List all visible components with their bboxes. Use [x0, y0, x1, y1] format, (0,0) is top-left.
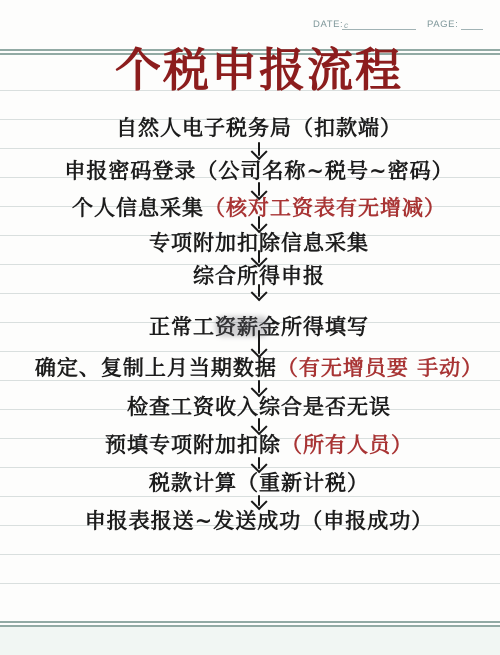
- flow-step-text: 自然人电子税务局（扣款端）: [116, 115, 402, 140]
- flow-step-text: 预填专项附加扣除: [105, 432, 281, 457]
- down-arrow-icon: [250, 142, 268, 159]
- date-label: DATE:: [313, 19, 343, 30]
- flow-step-11: 申报表报送~发送成功（申报成功）: [18, 508, 500, 534]
- flow-step-2: 申报密码登录（公司名称~税号~密码）: [18, 158, 500, 184]
- down-arrow-icon: [250, 495, 268, 509]
- down-arrow-icon: [250, 284, 268, 300]
- flow-step-8: 检查工资收入综合是否无误: [18, 394, 500, 420]
- flow-step-text: 税款计算（重新计税）: [149, 470, 369, 495]
- flow-step-text: 个人信息采集: [72, 195, 204, 220]
- flow-step-7: 确定、复制上月当期数据（有无增员要 手动）: [18, 355, 500, 381]
- flow-step-text: 申报密码登录（公司名称~税号~密码）: [64, 158, 453, 183]
- flow-step-1: 自然人电子税务局（扣款端）: [18, 115, 500, 141]
- flow-step-note: （有无增员要 手动）: [277, 355, 483, 380]
- footer-tint: [0, 627, 500, 655]
- flow-step-note: （核对工资表有无增减）: [204, 195, 446, 220]
- date-blank-line: [342, 29, 416, 30]
- page-label: PAGE:: [427, 19, 458, 30]
- flow-step-note: （所有人员）: [281, 432, 413, 457]
- flow-step-9: 预填专项附加扣除（所有人员）: [18, 432, 500, 458]
- page-title: 个税申报流程: [18, 44, 500, 96]
- flow-step-text: 检查工资收入综合是否无误: [127, 394, 391, 419]
- down-arrow-icon: [250, 330, 268, 357]
- page-blank-line: [461, 29, 483, 30]
- flow-step-10: 税款计算（重新计税）: [18, 470, 500, 496]
- flow-step-text: 申报表报送~发送成功（申报成功）: [85, 508, 434, 533]
- notepad-page: DATE: c PAGE: 个税申报流程 自然人电子税务局（扣款端） 申报密码登…: [0, 0, 500, 655]
- flow-step-text: 确定、复制上月当期数据: [35, 355, 277, 380]
